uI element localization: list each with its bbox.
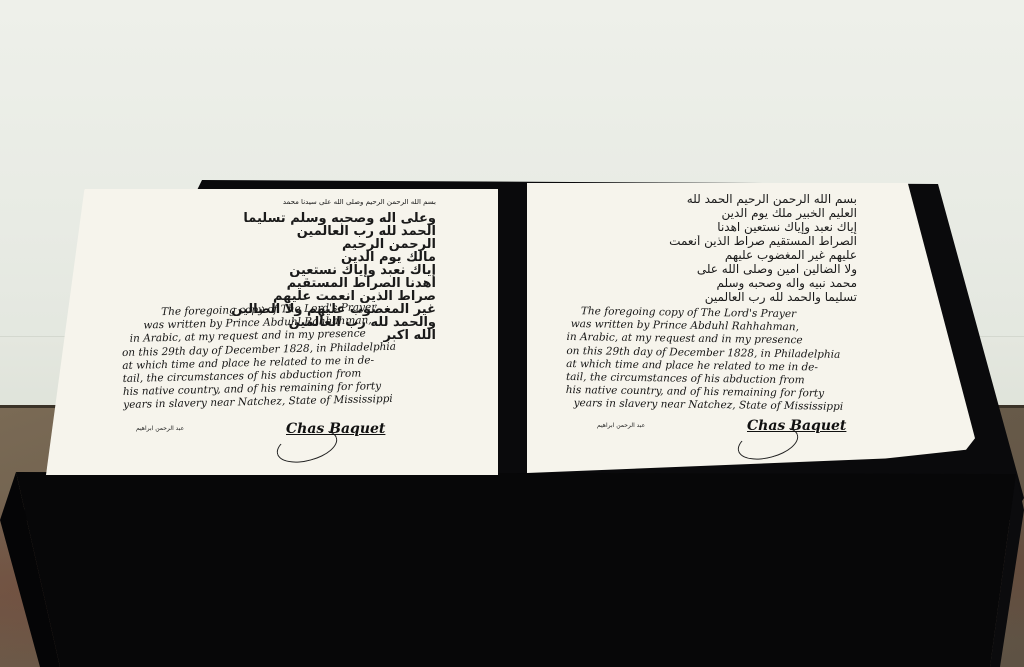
manuscript-page-left: بسم الله الرحمن الرحيم وصلى الله على سيد… — [46, 189, 498, 475]
arabic-signature: عبد الرحمن ابراهيم — [597, 422, 645, 429]
signature-block-left: عبد الرحمن ابراهيم Chas Baquet — [136, 421, 466, 461]
signature-name: Chas Baquet — [286, 421, 385, 437]
arabic-line: بسم الله الرحمن الرحيم وصلى الله على سيد… — [166, 199, 436, 212]
arabic-line: الحمد لله رب العالمين — [166, 225, 436, 238]
arabic-line: بسم الله الرحمن الرحيم الحمد لله — [567, 193, 857, 207]
arabic-line: العليم الخبير ملك يوم الدين — [567, 207, 857, 221]
arabic-line: إياك نعبد وإياك نستعين — [166, 264, 436, 277]
arabic-line: الصراط المستقيم صراط الذين أنعمت — [567, 235, 857, 249]
arabic-line: محمد نبيه وآله وصحبه وسلم — [567, 277, 857, 291]
arabic-signature: عبد الرحمن ابراهيم — [136, 425, 184, 432]
english-line: years in slavery near Natchez, State of … — [566, 397, 844, 414]
arabic-line: الرحمن الرحيم — [166, 238, 436, 251]
signature-block-right: عبد الرحمن ابراهيم Chas Baquet — [597, 418, 917, 458]
arabic-line: اهدنا الصراط المستقيم — [166, 277, 436, 290]
arabic-line: ولا الضالين آمين وصلى الله على — [567, 263, 857, 277]
arabic-line: وعلى آله وصحبه وسلم تسليما — [166, 212, 436, 225]
arabic-line: عليهم غير المغضوب عليهم — [567, 249, 857, 263]
arabic-line: إياك نعبد وإياك نستعين اهدنا — [567, 221, 857, 235]
english-annotation-left: The foregoing copy of The Lord's Prayer … — [121, 301, 397, 413]
arabic-line: صراط الذين أنعمت عليهم — [166, 290, 436, 303]
manuscript-page-right: بسم الله الرحمن الرحيم الحمد لله العليم … — [527, 183, 975, 473]
arabic-line: مالك يوم الدين — [166, 251, 436, 264]
arabic-line: تسليما والحمد لله رب العالمين — [567, 291, 857, 305]
arabic-text-right: بسم الله الرحمن الرحيم الحمد لله العليم … — [567, 193, 857, 305]
english-annotation-right: The foregoing copy of The Lord's Prayer … — [566, 305, 845, 414]
signature-name: Chas Baquet — [747, 418, 846, 434]
